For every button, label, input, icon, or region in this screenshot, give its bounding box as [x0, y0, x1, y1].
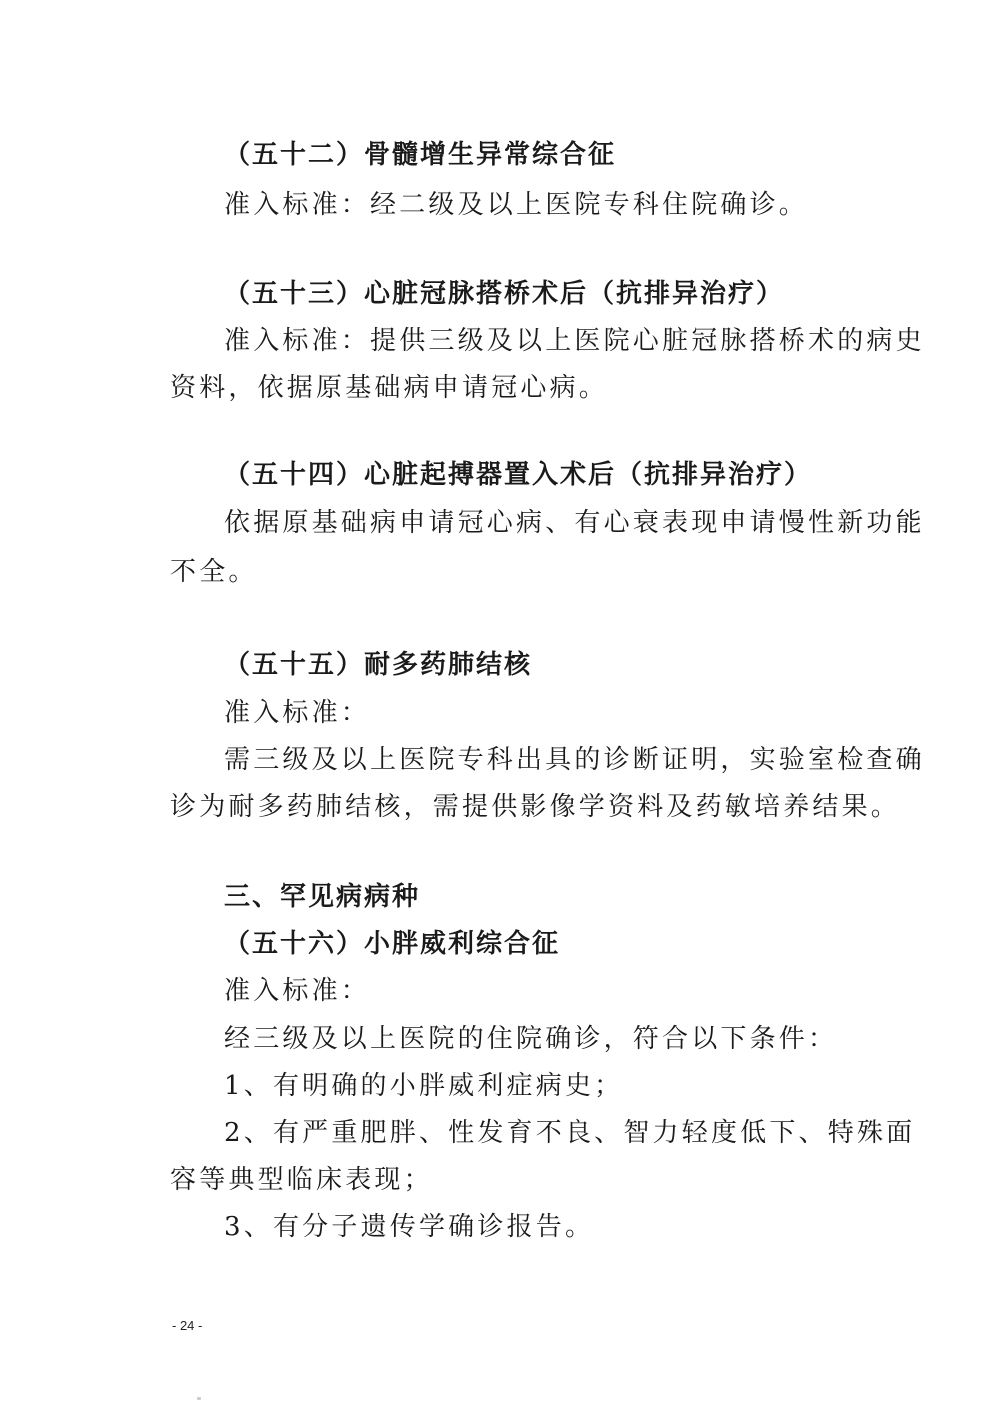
section-56-criteria-label: 准入标准：: [224, 976, 370, 1006]
part-3-heading: 三、罕见病病种: [224, 882, 420, 912]
page-number: - 24 -: [172, 1318, 202, 1333]
section-56-condition-2-line-2: 容等典型临床表现；: [170, 1165, 433, 1195]
section-56-condition-3: 3、有分子遗传学确诊报告。: [224, 1212, 594, 1242]
scan-artifact: [197, 1397, 201, 1400]
section-55-criteria-line-1: 需三级及以上医院专科出具的诊断证明，实验室检查确: [224, 745, 925, 775]
section-53-criteria-line-1: 准入标准：提供三级及以上医院心脏冠脉搭桥术的病史: [224, 326, 925, 356]
section-53-heading: （五十三）心脏冠脉搭桥术后（抗排异治疗）: [224, 279, 784, 309]
section-54-heading: （五十四）心脏起搏器置入术后（抗排异治疗）: [224, 460, 812, 490]
section-56-condition-2-line-1: 2、有严重肥胖、性发育不良、智力轻度低下、特殊面: [224, 1118, 915, 1148]
section-55-heading: （五十五）耐多药肺结核: [224, 650, 532, 680]
section-54-text-line-2: 不全。: [170, 557, 258, 587]
section-56-conditions-intro: 经三级及以上医院的住院确诊，符合以下条件：: [224, 1024, 837, 1054]
section-53-criteria-line-2: 资料，依据原基础病申请冠心病。: [170, 373, 608, 403]
section-56-heading: （五十六）小胖威利综合征: [224, 929, 560, 959]
section-56-condition-1: 1、有明确的小胖威利症病史；: [224, 1071, 623, 1101]
section-52-criteria: 准入标准：经二级及以上医院专科住院确诊。: [224, 190, 808, 220]
section-52-heading: （五十二）骨髓增生异常综合征: [224, 140, 616, 170]
section-54-text-line-1: 依据原基础病申请冠心病、有心衰表现申请慢性新功能: [224, 508, 925, 538]
section-55-criteria-label: 准入标准：: [224, 698, 370, 728]
section-55-criteria-line-2: 诊为耐多药肺结核，需提供影像学资料及药敏培养结果。: [170, 792, 900, 822]
